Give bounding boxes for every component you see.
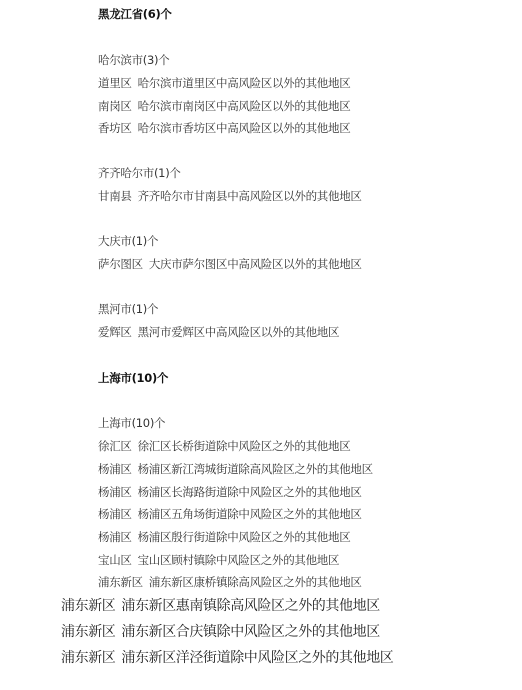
province-heading-shanghai: 上海市(10)个 <box>98 370 168 386</box>
area-description: 浦东新区康桥镇除高风险区之外的其他地区 <box>149 575 362 589</box>
area-description: 杨浦区新江湾城街道除高风险区之外的其他地区 <box>138 462 373 476</box>
area-description: 浦东新区合庆镇除中风险区之外的其他地区 <box>121 624 379 640</box>
list-item: 杨浦区杨浦区五角场街道除中风险区之外的其他地区 <box>98 506 362 522</box>
list-item: 香坊区哈尔滨市香坊区中高风险区以外的其他地区 <box>98 120 350 136</box>
area-description: 齐齐哈尔市甘南县中高风险区以外的其他地区 <box>138 189 362 203</box>
area-description: 浦东新区洋泾街道除中风险区之外的其他地区 <box>121 650 393 666</box>
district-name: 浦东新区 <box>61 650 115 666</box>
district-name: 徐汇区 <box>98 439 132 453</box>
city-label-heihe: 黑河市(1)个 <box>98 301 158 317</box>
area-description: 黑河市爱辉区中高风险区以外的其他地区 <box>138 325 340 339</box>
area-description: 哈尔滨市南岗区中高风险区以外的其他地区 <box>138 99 351 113</box>
list-item: 浦东新区浦东新区康桥镇除高风险区之外的其他地区 <box>98 574 362 590</box>
area-description: 杨浦区长海路街道除中风险区之外的其他地区 <box>138 485 362 499</box>
area-description: 杨浦区殷行街道除中风险区之外的其他地区 <box>138 530 351 544</box>
district-name: 浦东新区 <box>61 598 115 614</box>
list-item: 道里区哈尔滨市道里区中高风险区以外的其他地区 <box>98 75 350 91</box>
list-item: 爱辉区黑河市爱辉区中高风险区以外的其他地区 <box>98 324 339 340</box>
district-name: 杨浦区 <box>98 530 132 544</box>
area-description: 浦东新区惠南镇除高风险区之外的其他地区 <box>121 598 379 614</box>
district-name: 浦东新区 <box>61 624 115 640</box>
area-description: 哈尔滨市道里区中高风险区以外的其他地区 <box>138 76 351 90</box>
district-name: 甘南县 <box>98 189 132 203</box>
district-name: 香坊区 <box>98 121 132 135</box>
list-item: 浦东新区浦东新区惠南镇除高风险区之外的其他地区 <box>61 597 380 615</box>
district-name: 宝山区 <box>98 553 132 567</box>
list-item: 徐汇区徐汇区长桥街道除中风险区之外的其他地区 <box>98 438 350 454</box>
list-item: 萨尔图区大庆市萨尔图区中高风险区以外的其他地区 <box>98 256 362 272</box>
district-name: 浦东新区 <box>98 575 143 589</box>
district-name: 杨浦区 <box>98 485 132 499</box>
district-name: 杨浦区 <box>98 462 132 476</box>
district-name: 南岗区 <box>98 99 132 113</box>
list-item: 南岗区哈尔滨市南岗区中高风险区以外的其他地区 <box>98 98 350 114</box>
city-label-harbin: 哈尔滨市(3)个 <box>98 52 169 68</box>
list-item: 杨浦区杨浦区新江湾城街道除高风险区之外的其他地区 <box>98 461 373 477</box>
list-item: 宝山区宝山区顾村镇除中风险区之外的其他地区 <box>98 552 339 568</box>
list-item: 浦东新区浦东新区合庆镇除中风险区之外的其他地区 <box>61 623 380 641</box>
area-description: 大庆市萨尔图区中高风险区以外的其他地区 <box>149 257 362 271</box>
district-name: 爱辉区 <box>98 325 132 339</box>
area-description: 徐汇区长桥街道除中风险区之外的其他地区 <box>138 439 351 453</box>
district-name: 萨尔图区 <box>98 257 143 271</box>
district-name: 道里区 <box>98 76 132 90</box>
city-label-daqing: 大庆市(1)个 <box>98 233 158 249</box>
list-item: 杨浦区杨浦区长海路街道除中风险区之外的其他地区 <box>98 484 362 500</box>
area-description: 哈尔滨市香坊区中高风险区以外的其他地区 <box>138 121 351 135</box>
area-description: 宝山区顾村镇除中风险区之外的其他地区 <box>138 553 340 567</box>
province-heading-heilongjiang: 黑龙江省(6)个 <box>98 6 172 22</box>
area-description: 杨浦区五角场街道除中风险区之外的其他地区 <box>138 507 362 521</box>
list-item: 甘南县齐齐哈尔市甘南县中高风险区以外的其他地区 <box>98 188 362 204</box>
city-label-qiqihar: 齐齐哈尔市(1)个 <box>98 165 181 181</box>
district-name: 杨浦区 <box>98 507 132 521</box>
list-item: 浦东新区浦东新区洋泾街道除中风险区之外的其他地区 <box>61 649 393 667</box>
city-label-shanghai: 上海市(10)个 <box>98 415 165 431</box>
list-item: 杨浦区杨浦区殷行街道除中风险区之外的其他地区 <box>98 529 350 545</box>
